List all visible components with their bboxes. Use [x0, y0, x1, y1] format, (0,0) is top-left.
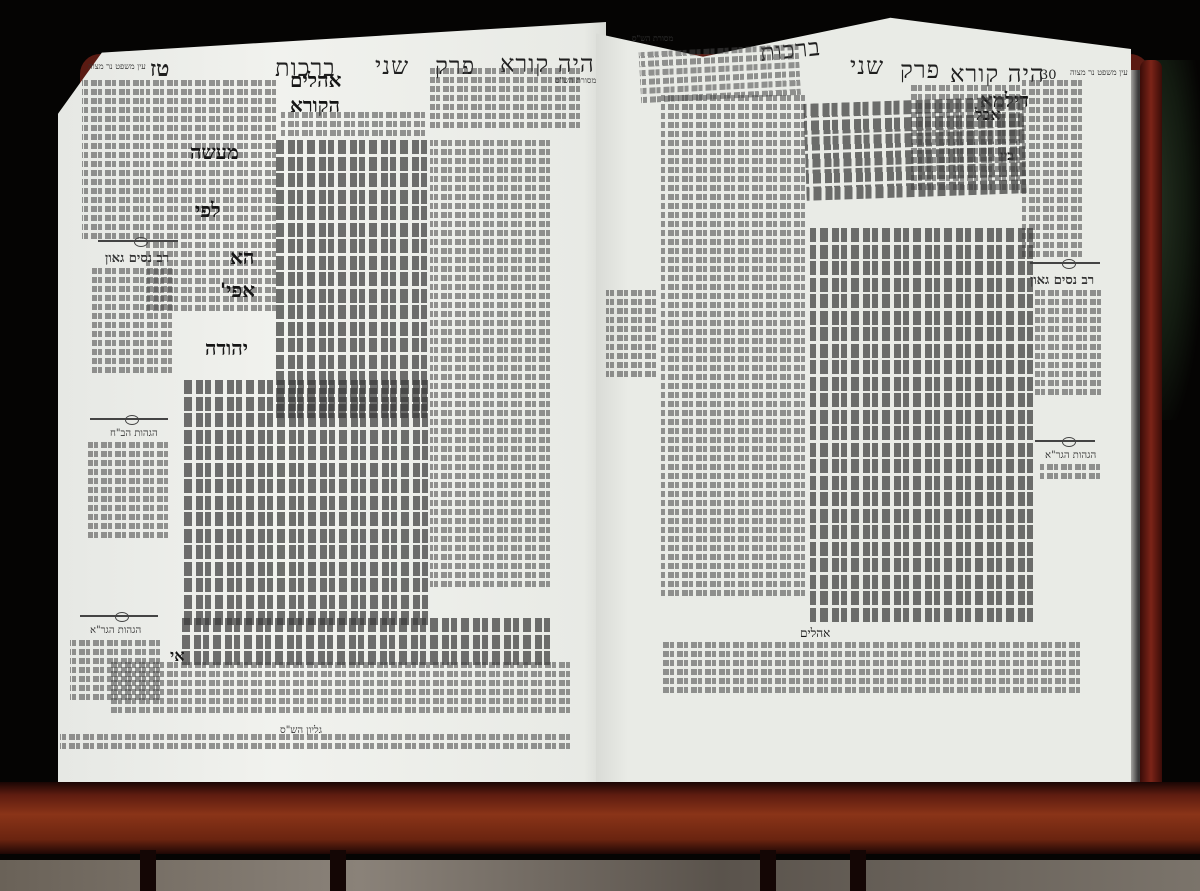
- right-hagahot-gra-notes: [1040, 464, 1100, 484]
- lectern-leg: [140, 850, 156, 891]
- left-ein-mishpat-notes: [82, 80, 144, 260]
- right-gemara-main: [808, 228, 1033, 628]
- left-rav-nissim-gaon-notes: [92, 268, 172, 388]
- left-lead-word-lefi: לפי: [195, 198, 220, 223]
- right-lead-word-ohalim: אהלים: [800, 626, 830, 641]
- ornament-divider: [80, 615, 158, 617]
- left-gemara-main-lower: [180, 380, 428, 630]
- ornament-divider: [1030, 262, 1100, 264]
- right-hagahot-gra-heading: הגהות הגר"א: [1045, 450, 1096, 461]
- left-hagahot-bach-heading: הגהות הב"ח: [110, 428, 158, 439]
- left-lead-word-ha: הא: [230, 245, 254, 270]
- right-chapter-word: פרק: [900, 56, 940, 85]
- left-masoret-hashas-label: מסורת הש"ס: [555, 76, 596, 85]
- ornament-divider: [1035, 440, 1095, 442]
- left-lead-word-yehudah: יהודה: [205, 336, 248, 361]
- right-inner-margin-notes: [606, 290, 656, 540]
- left-rashi-column: [430, 140, 550, 600]
- lectern-front-rail: [0, 782, 1200, 854]
- right-rav-nissim-gaon-heading: רב נסים גאון: [1030, 272, 1094, 288]
- left-ein-mishpat-label: עין משפט נר מצוה: [88, 62, 146, 71]
- left-hagahot-gra-heading: הגהות הגר"א: [90, 625, 141, 636]
- left-rashi-top: [280, 112, 425, 142]
- right-masoret-hashas-label: מסורת הש"ס: [632, 34, 673, 43]
- right-tosafot-column: [660, 95, 805, 610]
- right-ein-mishpat-label: עין משפט נר מצוה: [1070, 68, 1128, 77]
- lectern-leg: [850, 850, 866, 891]
- right-rav-nissim-gaon-notes: [1035, 290, 1101, 410]
- left-chapter-number: שני: [375, 52, 409, 81]
- lectern-side-rail: [1140, 60, 1162, 840]
- lectern-leg: [760, 850, 776, 891]
- ornament-divider: [90, 418, 168, 420]
- lectern-leg: [330, 850, 346, 891]
- left-hagahot-bach-notes: [88, 442, 168, 552]
- left-lead-word-ohalim: אהלים: [290, 68, 341, 93]
- left-gilyon-hashas-notes: [60, 734, 570, 758]
- right-chapter-number: שני: [850, 52, 884, 81]
- left-lead-word-maaseh: מעשה: [190, 140, 239, 165]
- left-lead-word-afi: אפי': [220, 278, 255, 303]
- left-page-number: טז: [150, 56, 169, 82]
- right-gemara-top: [803, 96, 1026, 204]
- left-rav-nissim-gaon-heading: רב נסים גאון: [105, 250, 169, 266]
- right-rashi-bottom: [660, 642, 1080, 700]
- ornament-divider: [98, 240, 178, 242]
- left-rashi-bottom: [110, 662, 570, 722]
